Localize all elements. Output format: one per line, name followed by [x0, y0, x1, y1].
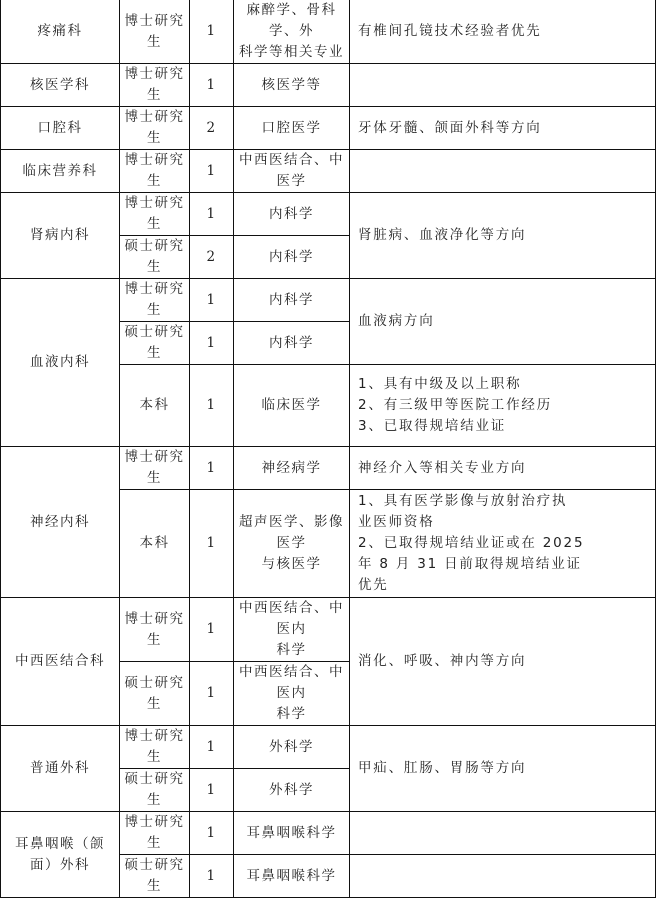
requirement-cell	[350, 150, 656, 193]
count-cell: 1	[190, 447, 234, 490]
count-cell: 1	[190, 662, 234, 726]
major-cell: 口腔医学	[234, 107, 350, 150]
dept-cell: 核医学科	[1, 64, 120, 107]
dept-cell: 血液内科	[1, 279, 120, 447]
degree-cell: 博士研究生	[120, 64, 190, 107]
dept-cell: 疼痛科	[1, 0, 120, 64]
major-cell: 临床医学	[234, 365, 350, 447]
requirement-cell: 牙体牙髓、颌面外科等方向	[350, 107, 656, 150]
dept-cell: 口腔科	[1, 107, 120, 150]
major-cell: 内科学	[234, 236, 350, 279]
table-row: 疼痛科 博士研究生 1 麻醉学、骨科学、外科学等相关专业 有椎间孔镜技术经验者优…	[1, 0, 656, 64]
major-cell: 外科学	[234, 769, 350, 811]
degree-cell: 博士研究生	[120, 279, 190, 322]
count-cell: 1	[190, 64, 234, 107]
count-cell: 1	[190, 322, 234, 365]
count-cell: 1	[190, 490, 234, 598]
count-cell: 2	[190, 107, 234, 150]
dept-cell: 普通外科	[1, 726, 120, 811]
requirement-cell: 神经介入等相关专业方向	[350, 447, 656, 490]
dept-cell: 肾病内科	[1, 193, 120, 279]
degree-cell: 博士研究生	[120, 0, 190, 64]
requirement-cell: 1、具有中级及以上职称2、有三级甲等医院工作经历3、已取得规培结业证	[350, 365, 656, 447]
major-cell: 中西医结合、中医内科学	[234, 598, 350, 662]
degree-cell: 本科	[120, 365, 190, 447]
count-cell: 1	[190, 193, 234, 236]
count-cell: 2	[190, 236, 234, 279]
count-cell: 1	[190, 150, 234, 193]
degree-cell: 硕士研究生	[120, 322, 190, 365]
requirement-cell: 有椎间孔镜技术经验者优先	[350, 0, 656, 64]
count-cell: 1	[190, 365, 234, 447]
requirement-cell: 肾脏病、血液净化等方向	[350, 193, 656, 279]
count-cell: 1	[190, 598, 234, 662]
major-cell: 麻醉学、骨科学、外科学等相关专业	[234, 0, 350, 64]
table-row: 临床营养科 博士研究生 1 中西医结合、中医学	[1, 150, 656, 193]
requirement-cell: 甲疝、肛肠、胃肠等方向	[350, 726, 656, 811]
table-row: 核医学科 博士研究生 1 核医学等	[1, 64, 656, 107]
recruitment-table: 疼痛科 博士研究生 1 麻醉学、骨科学、外科学等相关专业 有椎间孔镜技术经验者优…	[0, 0, 656, 810]
major-cell: 内科学	[234, 279, 350, 322]
table-row: 血液内科 博士研究生 1 内科学 血液病方向	[1, 279, 656, 322]
major-cell: 核医学等	[234, 64, 350, 107]
major-cell: 中西医结合、中医内科学	[234, 662, 350, 726]
degree-cell: 硕士研究生	[120, 769, 190, 811]
degree-cell: 博士研究生	[120, 150, 190, 193]
table-row: 口腔科 博士研究生 2 口腔医学 牙体牙髓、颌面外科等方向	[1, 107, 656, 150]
degree-cell: 博士研究生	[120, 447, 190, 490]
degree-cell: 博士研究生	[120, 726, 190, 769]
table-row: 普通外科 博士研究生 1 外科学 甲疝、肛肠、胃肠等方向	[1, 726, 656, 769]
degree-cell: 硕士研究生	[120, 662, 190, 726]
degree-cell: 本科	[120, 490, 190, 598]
degree-cell: 博士研究生	[120, 598, 190, 662]
requirement-cell: 消化、呼吸、神内等方向	[350, 598, 656, 726]
count-cell: 1	[190, 726, 234, 769]
dept-cell: 中西医结合科	[1, 598, 120, 726]
major-cell: 中西医结合、中医学	[234, 150, 350, 193]
major-cell: 内科学	[234, 193, 350, 236]
major-cell: 超声医学、影像医学与核医学	[234, 490, 350, 598]
table-row: 神经内科 博士研究生 1 神经病学 神经介入等相关专业方向	[1, 447, 656, 490]
table-row: 中西医结合科 博士研究生 1 中西医结合、中医内科学 消化、呼吸、神内等方向	[1, 598, 656, 662]
degree-cell: 博士研究生	[120, 193, 190, 236]
degree-cell: 博士研究生	[120, 107, 190, 150]
requirement-cell: 血液病方向	[350, 279, 656, 365]
major-cell: 神经病学	[234, 447, 350, 490]
dept-cell: 神经内科	[1, 447, 120, 598]
count-cell: 1	[190, 279, 234, 322]
table-row: 肾病内科 博士研究生 1 内科学 肾脏病、血液净化等方向	[1, 193, 656, 236]
dept-cell: 临床营养科	[1, 150, 120, 193]
count-cell: 1	[190, 769, 234, 811]
requirement-cell: 1、具有医学影像与放射治疗执业医师资格2、已取得规培结业证或在 2025年 8 …	[350, 490, 656, 598]
requirement-cell	[350, 64, 656, 107]
count-cell: 1	[190, 0, 234, 64]
major-cell: 外科学	[234, 726, 350, 769]
degree-cell: 硕士研究生	[120, 236, 190, 279]
major-cell: 内科学	[234, 322, 350, 365]
